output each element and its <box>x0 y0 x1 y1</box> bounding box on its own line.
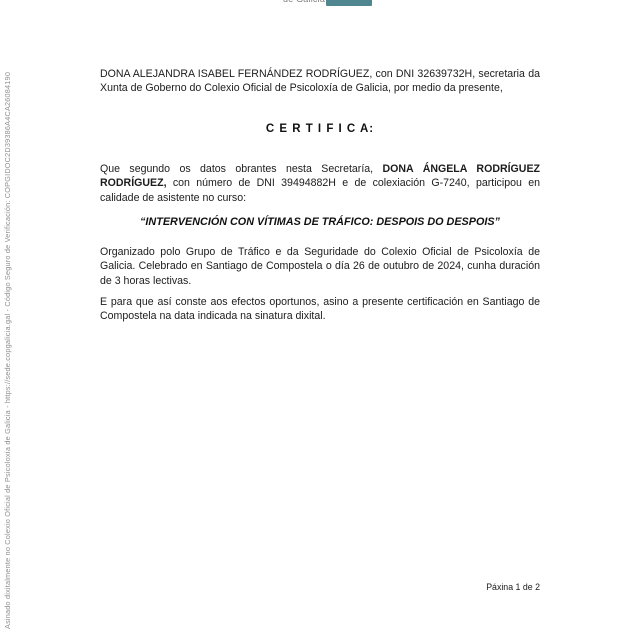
attendee-paragraph: Que segundo os datos obrantes nesta Secr… <box>100 162 540 205</box>
logo-text-fragment: de Galicia <box>283 0 325 4</box>
certifica-heading: C E R T I F I C A: <box>100 123 540 135</box>
course-title: “INTERVENCIÓN CON VÍTIMAS DE TRÁFICO: DE… <box>100 216 540 228</box>
intro-paragraph: DONA ALEJANDRA ISABEL FERNÁNDEZ RODRÍGUE… <box>100 67 540 96</box>
logo-accent-bar <box>326 0 372 6</box>
page-number: Páxina 1 de 2 <box>100 582 540 592</box>
vertical-verification-watermark: Asinado dixitalmente no Colexio Oficial … <box>3 37 12 629</box>
certificate-page: Asinado dixitalmente no Colexio Oficial … <box>0 0 640 640</box>
course-details-paragraph: Organizado polo Grupo de Tráfico e da Se… <box>100 245 540 288</box>
closing-paragraph: E para que así conste aos efectos oportu… <box>100 295 540 324</box>
